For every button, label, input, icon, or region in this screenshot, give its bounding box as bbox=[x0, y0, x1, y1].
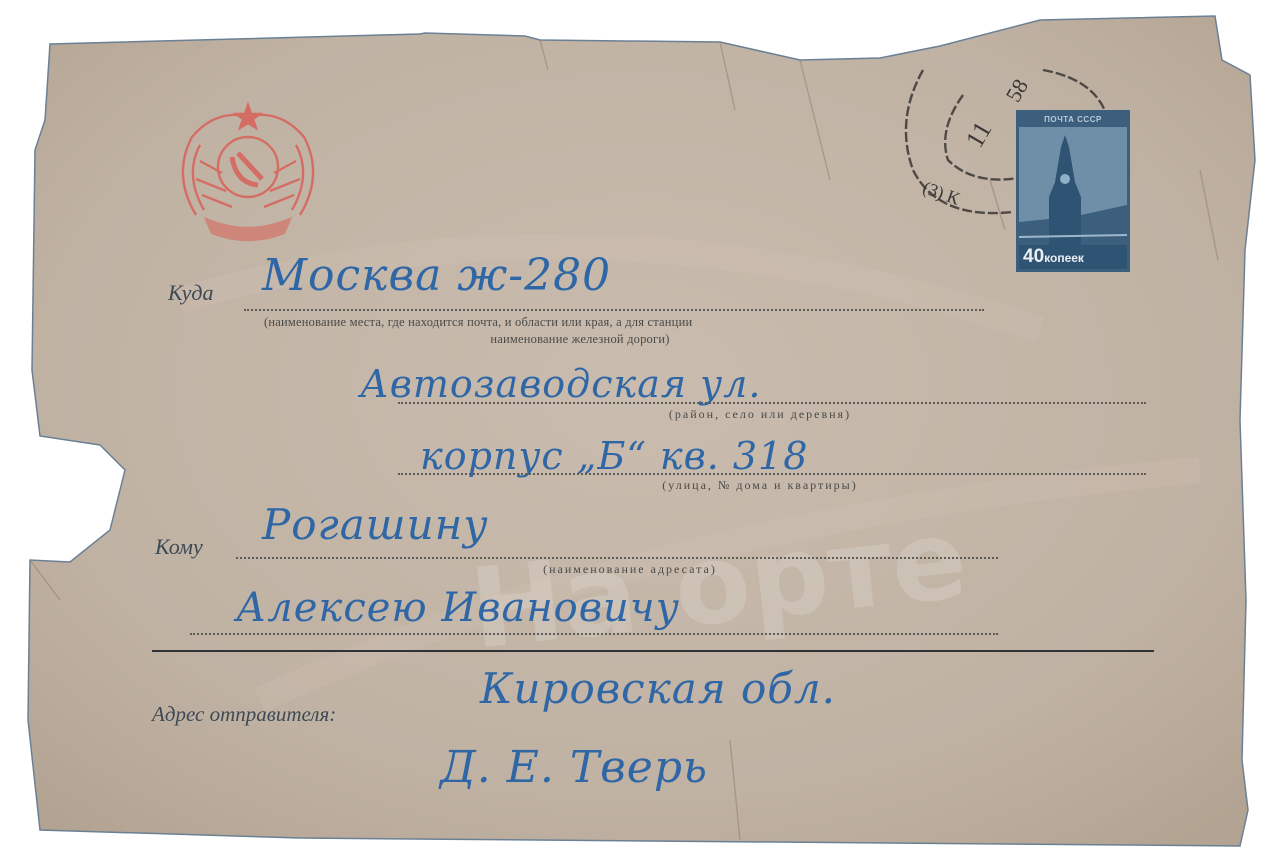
envelope: 11 58 (3) К ПОЧТА СССР 40копеек На орте … bbox=[0, 0, 1279, 862]
ussr-emblem-icon bbox=[166, 95, 330, 253]
sender-value-line1: Кировская обл. bbox=[480, 664, 836, 713]
district-line bbox=[398, 402, 1146, 404]
kremlin-tower-icon bbox=[1019, 127, 1127, 247]
stamp-value: 40копеек bbox=[1019, 245, 1127, 269]
postmark-date-day: 11 bbox=[960, 116, 998, 152]
to-value-line2: Алексею Ивановичу bbox=[236, 585, 680, 631]
street-value: корпус „Б“ кв. 318 bbox=[420, 434, 808, 478]
street-hint: (улица, № дома и квартиры) bbox=[540, 478, 980, 493]
where-line bbox=[244, 309, 984, 311]
sender-label: Адрес отправителя: bbox=[152, 702, 336, 727]
to-line2 bbox=[190, 633, 998, 635]
stamp-value-number: 40 bbox=[1023, 246, 1044, 267]
street-line bbox=[398, 473, 1146, 475]
separator-line bbox=[152, 650, 1154, 652]
sender-value-line2: Д. Е. Тверь bbox=[440, 742, 708, 793]
postage-stamp: ПОЧТА СССР 40копеек bbox=[1016, 110, 1130, 272]
postmark-partial-text: (3) К bbox=[920, 177, 963, 210]
district-value: Автозаводская ул. bbox=[360, 362, 761, 406]
postmark-date-year: 58 bbox=[1000, 75, 1033, 107]
to-label: Кому bbox=[155, 534, 203, 560]
district-hint: (район, село или деревня) bbox=[560, 407, 960, 422]
where-hint-line2: наименование железной дороги) bbox=[360, 332, 800, 347]
to-value-line1: Рогашину bbox=[262, 500, 489, 549]
to-line bbox=[236, 557, 998, 559]
where-value: Москва ж-280 bbox=[262, 250, 611, 301]
where-hint-line1: (наименование места, где находится почта… bbox=[264, 315, 984, 330]
where-label: Куда bbox=[168, 280, 214, 306]
stamp-value-unit: копеек bbox=[1044, 251, 1084, 265]
to-hint: (наименование адресата) bbox=[420, 562, 840, 577]
stamp-header: ПОЧТА СССР bbox=[1019, 113, 1127, 127]
